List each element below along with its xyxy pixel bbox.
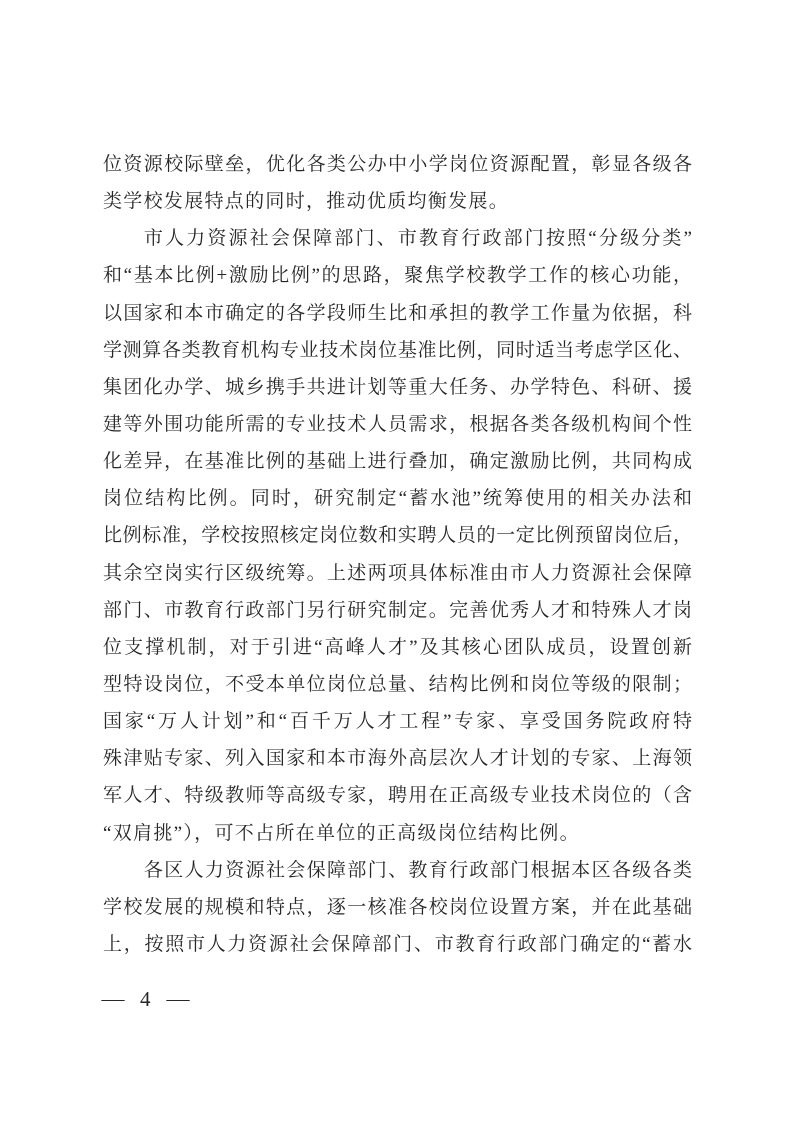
text-line-p2-10: 其余空岗实行区级统筹。上述两项具体标准由市人力资源社会保障 <box>103 555 692 592</box>
text-line-p2-7: 化差异，在基准比例的基础上进行叠加，确定激励比例，共同构成 <box>103 443 692 480</box>
text-line-p1-1: 位资源校际壁垒，优化各类公办中小学岗位资源配置，彰显各级各 <box>103 146 692 183</box>
text-line-p2-14: 国家“万人计划”和“百千万人才工程”专家、享受国务院政府特 <box>103 703 692 740</box>
text-line-p2-9: 比例标准，学校按照核定岗位数和实聘人员的一定比例预留岗位后， <box>103 517 692 554</box>
text-line-p3-1: 各区人力资源社会保障部门、教育行政部门根据本区各级各类 <box>103 852 692 889</box>
document-page: 位资源校际壁垒，优化各类公办中小学岗位资源配置，彰显各级各类学校发展特点的同时，… <box>0 0 793 1122</box>
text-line-p2-11: 部门、市教育行政部门另行研究制定。完善优秀人才和特殊人才岗 <box>103 592 692 629</box>
text-line-p2-13: 型特设岗位，不受本单位岗位总量、结构比例和岗位等级的限制； <box>103 666 692 703</box>
body-text: 位资源校际壁垒，优化各类公办中小学岗位资源配置，彰显各级各类学校发展特点的同时，… <box>103 146 692 963</box>
text-line-p2-5: 集团化办学、城乡携手共进计划等重大任务、办学特色、科研、援 <box>103 369 692 406</box>
text-line-p2-8: 岗位结构比例。同时，研究制定“蓄水池”统筹使用的相关办法和 <box>103 480 692 517</box>
footer-dash-right: — <box>166 986 189 1012</box>
text-line-p2-1: 市人力资源社会保障部门、市教育行政部门按照“分级分类” <box>103 220 692 257</box>
footer-dash-left: — <box>102 986 125 1012</box>
text-line-p2-2: 和“基本比例+激励比例”的思路，聚焦学校教学工作的核心功能， <box>103 257 692 294</box>
text-line-p1-2: 类学校发展特点的同时，推动优质均衡发展。 <box>103 183 692 220</box>
text-line-p2-16: 军人才、特级教师等高级专家，聘用在正高级专业技术岗位的（含 <box>103 777 692 814</box>
text-line-p2-3: 以国家和本市确定的各学段师生比和承担的教学工作量为依据，科 <box>103 295 692 332</box>
text-line-p2-12: 位支撑机制，对于引进“高峰人才”及其核心团队成员，设置创新 <box>103 629 692 666</box>
text-line-p2-17: “双肩挑”），可不占所在单位的正高级岗位结构比例。 <box>103 815 692 852</box>
text-line-p2-15: 殊津贴专家、列入国家和本市海外高层次人才计划的专家、上海领 <box>103 740 692 777</box>
page-number-footer: — 4 — <box>103 986 188 1012</box>
text-line-p2-6: 建等外围功能所需的专业技术人员需求，根据各类各级机构间个性 <box>103 406 692 443</box>
page-number: 4 <box>140 986 151 1012</box>
text-line-p3-3: 上，按照市人力资源社会保障部门、市教育行政部门确定的“蓄水 <box>103 926 692 963</box>
text-line-p2-4: 学测算各类教育机构专业技术岗位基准比例，同时适当考虑学区化、 <box>103 332 692 369</box>
text-line-p3-2: 学校发展的规模和特点，逐一核准各校岗位设置方案，并在此基础 <box>103 889 692 926</box>
